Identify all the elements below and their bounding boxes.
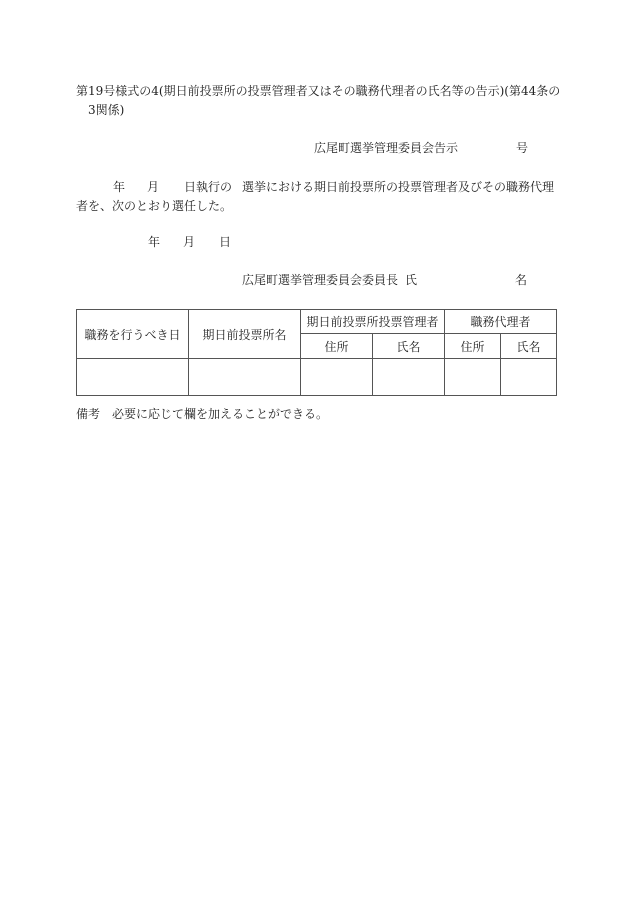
notice-issuer: 広尾町選挙管理委員会告示 — [314, 141, 458, 155]
body-day-executed: 日執行の — [184, 180, 232, 194]
header-deputy-name: 氏名 — [501, 334, 557, 359]
signature-name-prefix: 氏 — [405, 273, 417, 287]
remarks-label: 備考 — [76, 407, 100, 421]
cell-deputy-name — [501, 359, 557, 396]
date-day: 日 — [219, 235, 231, 249]
header-manager-name: 氏名 — [373, 334, 445, 359]
cell-duty-date — [77, 359, 189, 396]
body-year: 年 — [113, 180, 125, 194]
header-manager-address: 住所 — [301, 334, 373, 359]
signature-title: 広尾町選挙管理委員会委員長 — [242, 273, 398, 287]
body-text-line-1: 選挙における期日前投票所の投票管理者及びその職務代理 — [242, 180, 554, 194]
body-month: 月 — [147, 180, 159, 194]
date-year: 年 — [148, 235, 160, 249]
date-month: 月 — [183, 235, 195, 249]
cell-manager-address — [301, 359, 373, 396]
body-text-line-2: 者を、次のとおり選任した。 — [76, 199, 232, 213]
header-polling-place: 期日前投票所名 — [189, 310, 301, 359]
cell-manager-name — [373, 359, 445, 396]
notice-number-suffix: 号 — [516, 141, 528, 155]
table-row — [77, 359, 557, 396]
form-title-line-2: 3関係) — [88, 103, 124, 117]
header-manager-group: 期日前投票所投票管理者 — [301, 310, 445, 334]
form-title-line-1: 第19号様式の4(期日前投票所の投票管理者又はその職務代理者の氏名等の告示)(第… — [76, 84, 560, 98]
appointment-table: 職務を行うべき日 期日前投票所名 期日前投票所投票管理者 職務代理者 住所 氏名… — [76, 309, 557, 396]
signature-name-suffix: 名 — [515, 273, 527, 287]
header-deputy-address: 住所 — [445, 334, 501, 359]
header-deputy-group: 職務代理者 — [445, 310, 557, 334]
header-duty-date: 職務を行うべき日 — [77, 310, 189, 359]
remarks-text: 必要に応じて欄を加えることができる。 — [112, 407, 328, 421]
cell-deputy-address — [445, 359, 501, 396]
cell-polling-place — [189, 359, 301, 396]
